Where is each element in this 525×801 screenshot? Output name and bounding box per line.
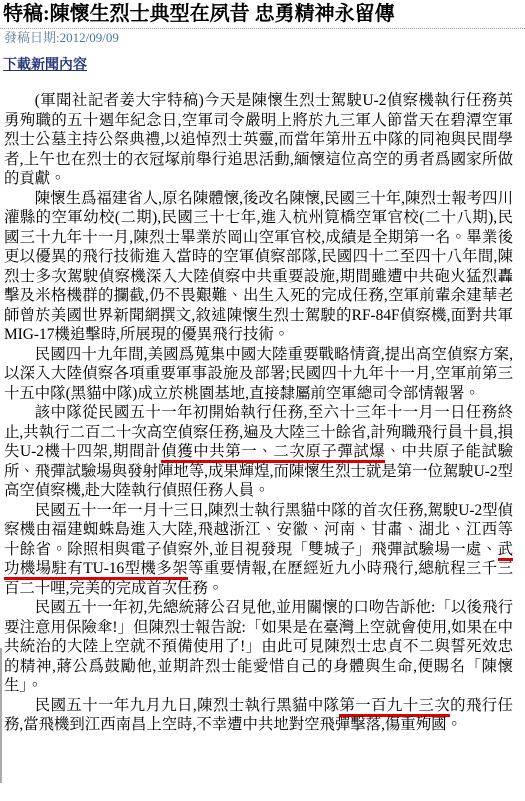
article-paragraph: 陳懷生爲福建省人,原名陳體懷,後改名陳懷,民國三十年,陳烈士報考四川灌縣的空軍幼… <box>4 189 513 345</box>
download-news-link[interactable]: 下載新聞內容 <box>3 54 87 74</box>
publish-date-value: 2012/09/09 <box>60 30 119 45</box>
text-segment: 民國五十一年一月十三日,陳烈士執行黑貓中隊的首次任務,駕駛U-2型偵察機由福建蜘… <box>4 502 513 558</box>
article-paragraph: 民國五十一年初,先總統蔣公召見他,並用關懷的口吻告訴他:「以後飛行要注意用保險傘… <box>4 598 513 696</box>
text-segment: (軍聞社記者姜大宇特稿)今天是陳懷生烈士駕駛U-2偵察機執行任務英勇殉職的五十週… <box>4 92 513 187</box>
text-segment: 民國五十一年九月九日,陳烈士執行黑貓中隊 <box>35 697 340 714</box>
news-article-page: { "header": { "title": "特稿:陳懷生烈士典型在夙昔 忠勇… <box>0 0 525 801</box>
left-border-artifact <box>0 648 2 783</box>
article-paragraph: 民國五十一年一月十三日,陳烈士執行黑貓中隊的首次任務,駕駛U-2型偵察機由福建蜘… <box>4 501 513 599</box>
article-paragraph: (軍聞社記者姜大宇特稿)今天是陳懷生烈士駕駛U-2偵察機執行任務英勇殉職的五十週… <box>4 91 513 189</box>
red-underlined-text: 偵獲中共第一、二次原子彈試爆 <box>161 443 385 463</box>
article-paragraph: 民國四十九年間,美國爲蒐集中國大陸重要戰略情資,提出高空偵察方案,以深入大陸偵察… <box>4 345 513 404</box>
publish-date-label: 發稿日期: <box>4 30 60 45</box>
article-paragraph: 民國五十一年九月九日,陳烈士執行黑貓中隊第一百九十三次的飛行任務,當飛機到江西南… <box>4 696 513 735</box>
text-segment: 民國五十一年初,先總統蔣公召見他,並用關懷的口吻告訴他:「以後飛行要注意用保險傘… <box>4 599 513 694</box>
article-body: (軍聞社記者姜大宇特稿)今天是陳懷生烈士駕駛U-2偵察機執行任務英勇殉職的五十週… <box>4 91 513 735</box>
red-underlined-text: 第一百九十三次 <box>339 697 450 717</box>
article-paragraph: 該中隊從民國五十一年初開始執行任務,至六十三年十一月一日任務終止,共執行二百二十… <box>4 403 513 501</box>
title-separator <box>0 28 525 29</box>
page-title: 特稿:陳懷生烈士典型在夙昔 忠勇精神永留傳 <box>3 4 525 25</box>
text-segment: 陳懷生爲福建省人,原名陳體懷,後改名陳懷,民國三十年,陳烈士報考四川灌縣的空軍幼… <box>4 190 513 344</box>
text-segment: 民國四十九年間,美國爲蒐集中國大陸重要戰略情資,提出高空偵察方案,以深入大陸偵察… <box>4 346 513 402</box>
publish-date-row: 發稿日期:2012/09/09 <box>4 30 525 45</box>
